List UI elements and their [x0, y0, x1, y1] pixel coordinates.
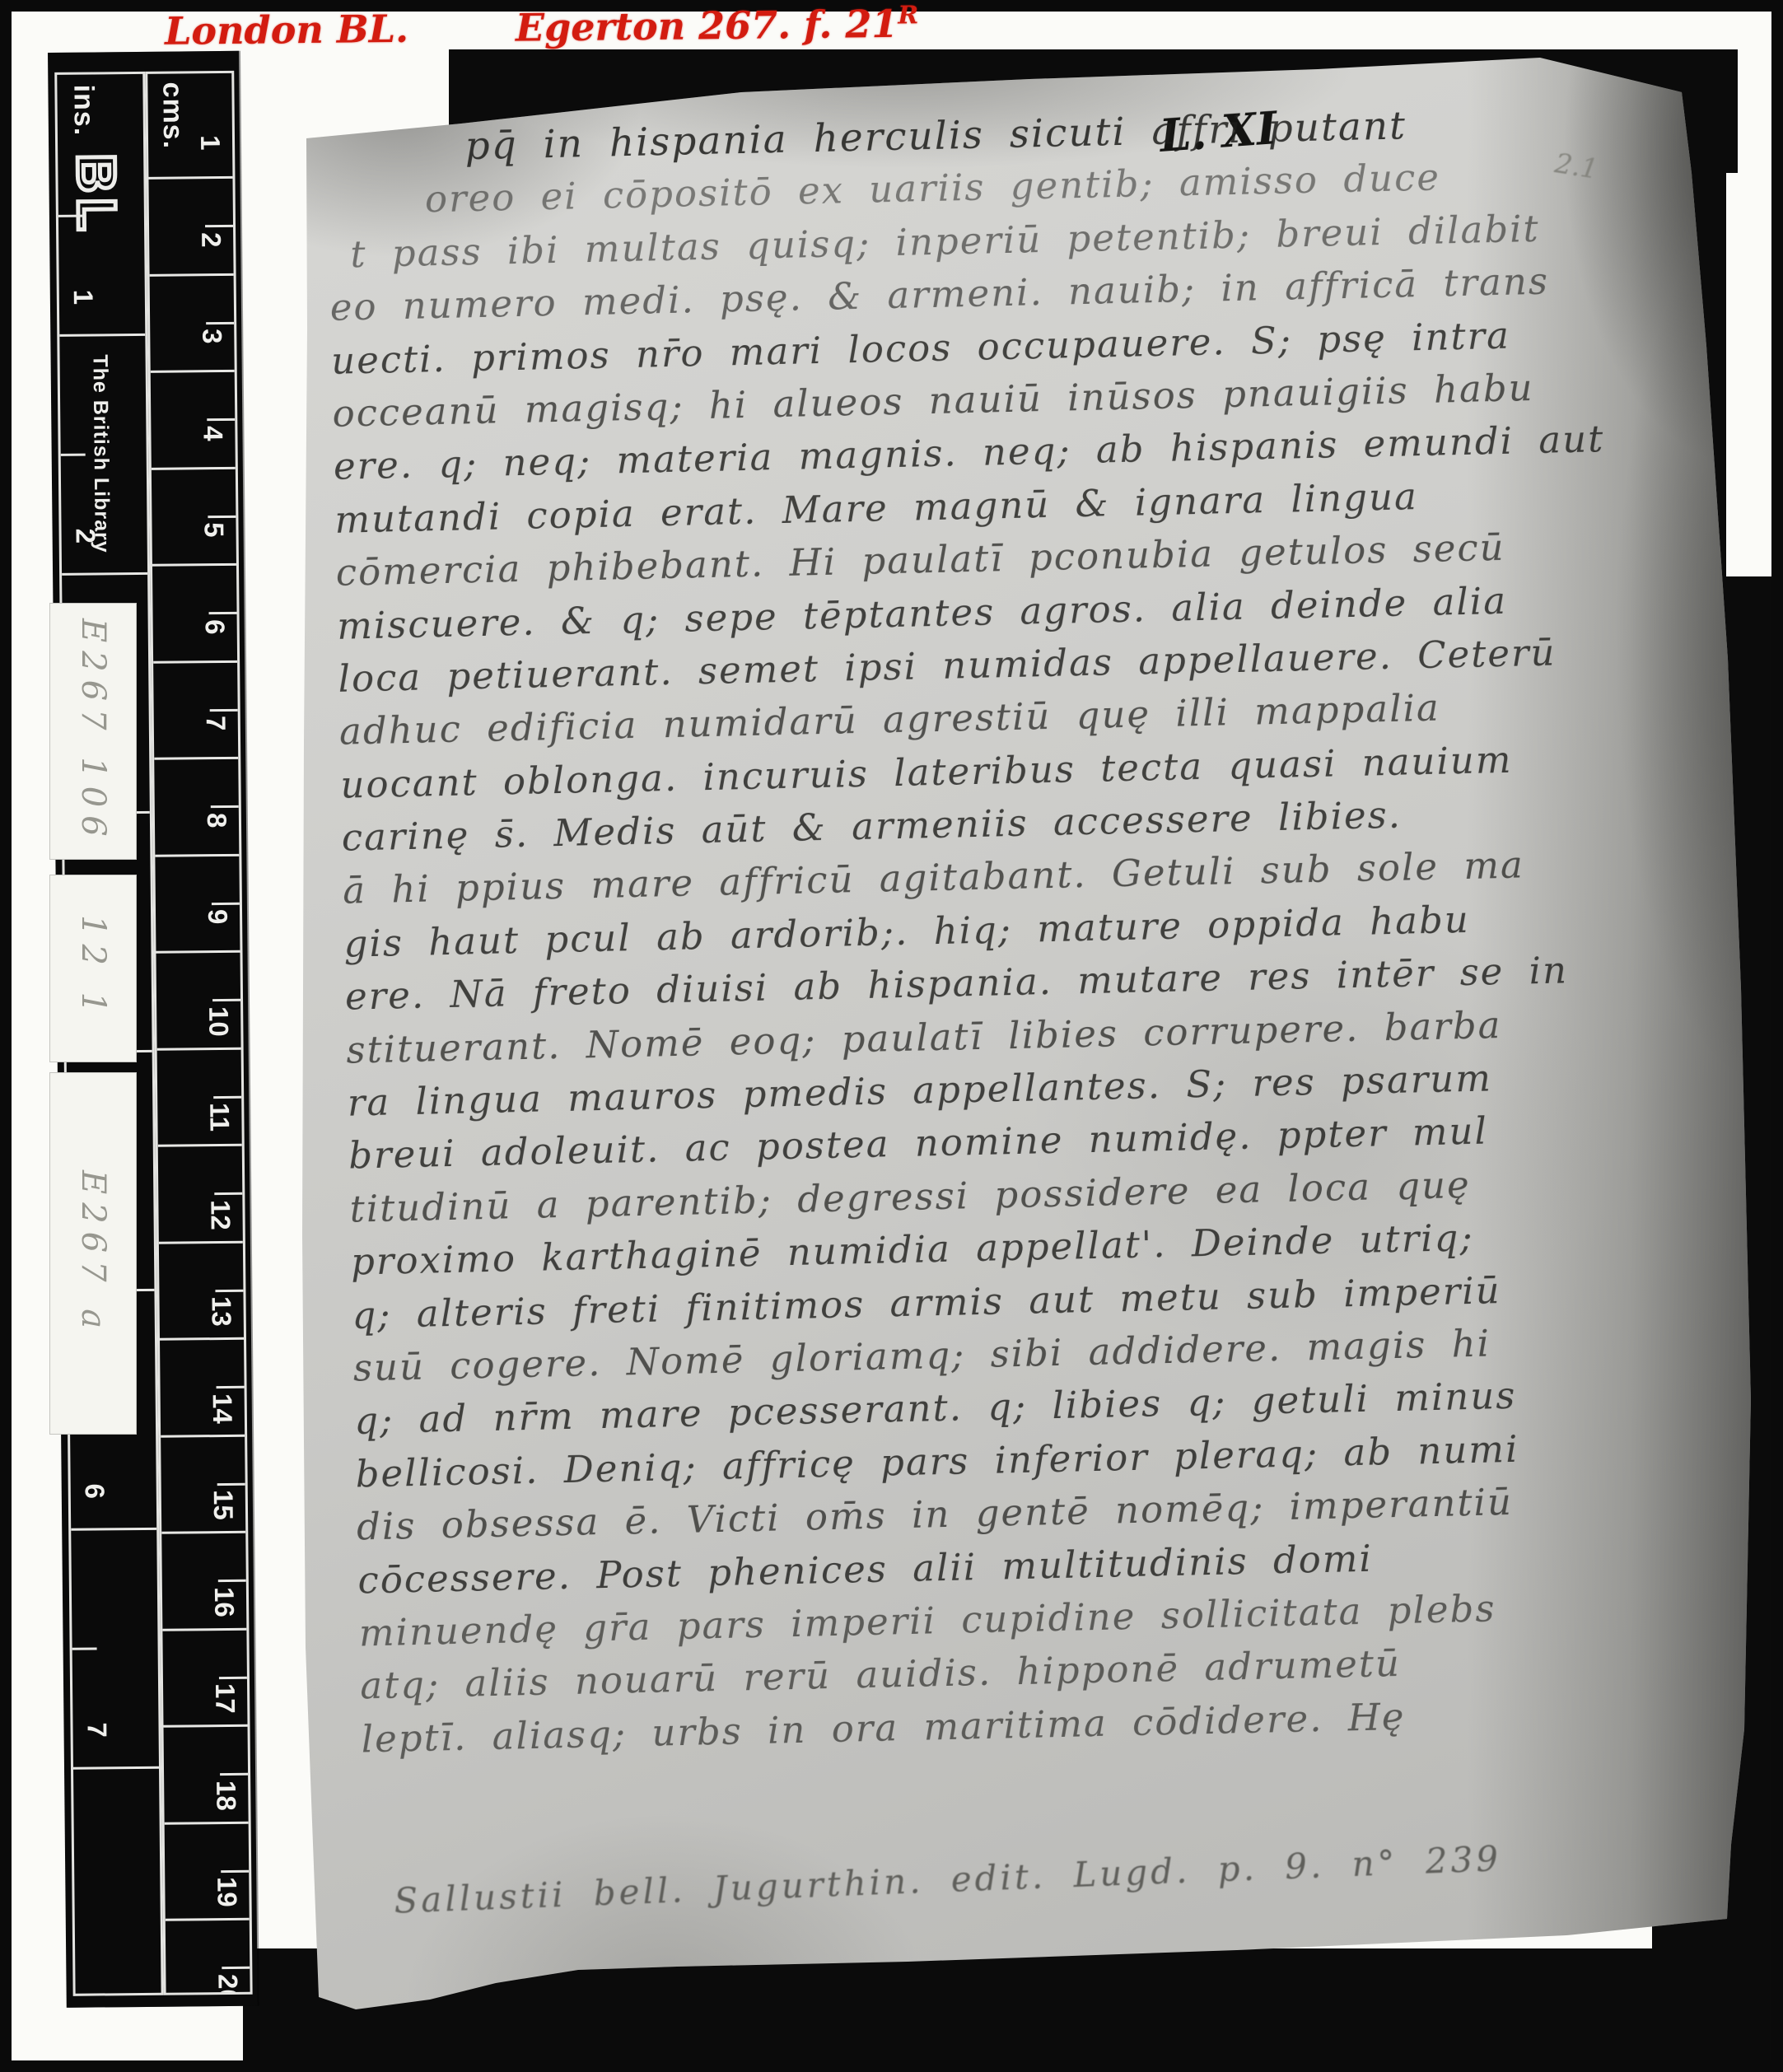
centimetre-number: 13 — [206, 1296, 237, 1334]
centimetre-number: 2 — [195, 231, 226, 269]
shelfmark-slip: E267 106 — [49, 603, 137, 860]
centimetre-number: 20 — [212, 1973, 243, 1995]
manuscript-leaf: L. XI 2.1 pq̄ in hispania herculis sicut… — [280, 48, 1764, 2019]
annotation-shelfmark-folio: Egerton 267. f. 21 — [516, 2, 899, 50]
photograph-of-manuscript: { "photo": { "annotation": { "left": "Lo… — [0, 0, 1783, 2072]
centimetre-number: 11 — [203, 1103, 235, 1141]
inch-number: 2 — [70, 528, 101, 566]
centimetre-number: 19 — [211, 1877, 242, 1915]
centimetre-number: 12 — [204, 1199, 236, 1237]
centimetre-number: 5 — [198, 522, 229, 560]
ruler-centimetres-column: cms. 1234567891011121314151617181920 — [145, 71, 252, 1995]
annotation-city-library: London BL. — [165, 7, 409, 54]
centimetre-number: 6 — [199, 618, 231, 656]
centimetre-number: 16 — [208, 1586, 240, 1624]
centimetre-number: 17 — [209, 1683, 240, 1721]
manuscript-text-block: pq̄ in hispania herculis sicuti affri pu… — [326, 96, 1753, 1771]
centimetre-number: 8 — [201, 812, 232, 850]
centimetre-numbers: 1234567891011121314151617181920 — [147, 73, 250, 1993]
centimetre-number: 10 — [203, 1006, 234, 1043]
centimetre-number: 15 — [208, 1490, 239, 1528]
centimetre-number: 4 — [197, 425, 228, 463]
annotation-folio-recto-superscript: R — [898, 1, 918, 30]
centimetre-number: 7 — [200, 716, 231, 754]
inch-number: 7 — [81, 1722, 112, 1760]
centimetre-number: 14 — [207, 1393, 238, 1430]
red-shelfmark-annotation: London BL.Egerton 267. f. 21R — [165, 1, 919, 54]
inch-number: 1 — [68, 289, 99, 327]
centimetre-number: 1 — [194, 135, 226, 173]
shelfmark-slip: 12 1 — [49, 875, 137, 1062]
inch-number: 6 — [79, 1483, 110, 1521]
centimetre-number: 3 — [196, 329, 227, 366]
centimetre-number: 9 — [202, 909, 233, 947]
footer-identification-inscription: Sallustii bell. Jugurthin. edit. Lugd. p… — [394, 1838, 1502, 1921]
centimetre-number: 18 — [210, 1780, 241, 1818]
shelfmark-slip: E267 a — [49, 1072, 137, 1435]
